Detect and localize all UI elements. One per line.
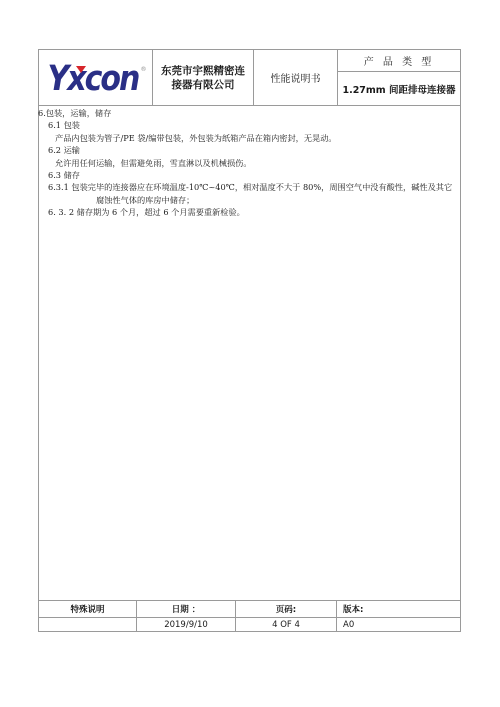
clause-6-3-1-line2: 腐蚀性气体的库房中储存； (38, 194, 463, 206)
header-table: Yxcon ® 东莞市宇熙精密连接器有限公司 性能说明书 产 品 类 型 1.2… (38, 49, 461, 106)
footer-special-notes-value (39, 617, 137, 632)
document-title: 性能说明书 (254, 50, 338, 105)
logo-cell: Yxcon ® (39, 50, 153, 105)
logo-wordmark: Yxcon (48, 60, 139, 99)
company-name: 东莞市宇熙精密连接器有限公司 (153, 50, 254, 105)
subsection-text-6-2: 允许用任何运输，但需避免雨，雪直淋以及机械损伤。 (38, 157, 463, 169)
subsection-heading-6-2: 6.2 运输 (38, 144, 463, 156)
product-type-label: 产 品 类 型 (338, 50, 460, 72)
footer-page-label: 页码: (236, 601, 337, 617)
footer-value-row: 2019/9/10 4 OF 4 A0 (39, 617, 460, 632)
footer-date-value: 2019/9/10 (137, 617, 236, 632)
subsection-heading-6-3: 6.3 储存 (38, 169, 463, 181)
footer-version-label: 版本: (337, 601, 460, 617)
footer-date-label: 日期 ： (137, 601, 236, 617)
section-title: 6.包装，运输，储存 (38, 107, 463, 119)
registered-mark-icon: ® (141, 66, 147, 73)
clause-6-3-1-line1: 6.3.1 包装完毕的连接器应在环境温度-10℃~40℃，相对温度不大于 80%… (38, 181, 463, 193)
footer-special-notes-label: 特殊说明 (39, 601, 137, 617)
footer-page-value: 4 OF 4 (236, 617, 337, 632)
subsection-text-6-1: 产品内包装为管子/PE 袋/编带包装，外包装为纸箱产品在箱内密封，无晃动。 (38, 132, 463, 144)
logo-red-triangle-icon (76, 66, 86, 73)
clause-6-3-2: 6. 3. 2 储存期为 6 个月，超过 6 个月需要重新检验。 (38, 206, 463, 218)
company-logo: Yxcon ® (46, 58, 146, 98)
document-page: Yxcon ® 东莞市宇熙精密连接器有限公司 性能说明书 产 品 类 型 1.2… (0, 0, 500, 707)
product-type-cell: 产 品 类 型 1.27mm 间距排母连接器 (338, 50, 460, 105)
footer-table: 特殊说明 日期 ： 页码: 版本: 2019/9/10 4 OF 4 A0 (38, 600, 461, 632)
footer-version-value: A0 (337, 617, 460, 632)
product-type-value: 1.27mm 间距排母连接器 (338, 71, 460, 106)
footer-header-row: 特殊说明 日期 ： 页码: 版本: (39, 601, 460, 618)
subsection-heading-6-1: 6.1 包装 (38, 119, 463, 131)
document-content: 6.包装，运输，储存 6.1 包装 产品内包装为管子/PE 袋/编带包装，外包装… (38, 107, 463, 219)
